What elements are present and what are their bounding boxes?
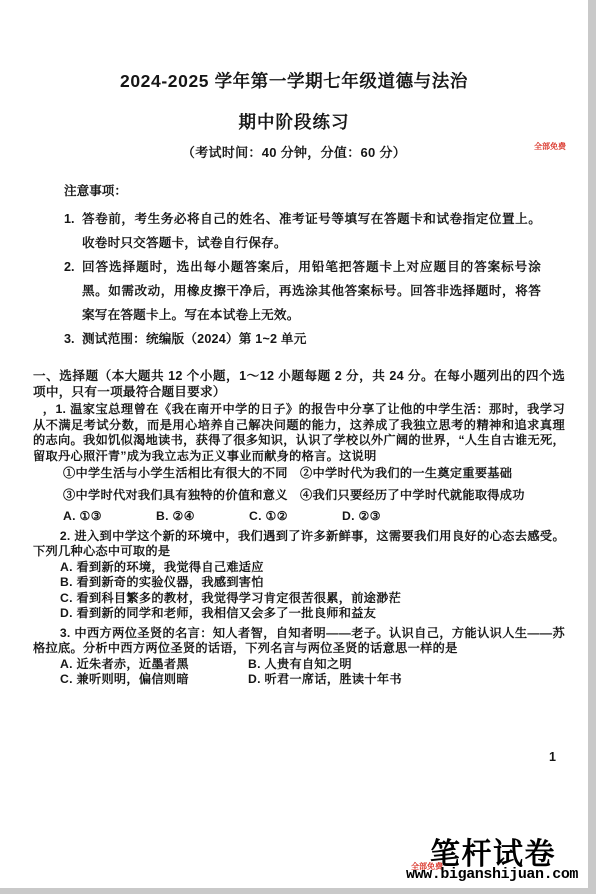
option-a: A. ①③: [63, 509, 156, 525]
notice-list: 1. 答卷前，考生务必将自己的姓名、准考证号等填写在答题卡和试卷指定位置上。收卷…: [64, 207, 541, 351]
subitem: ③中学时代对我们具有独特的价值和意义: [63, 488, 300, 504]
question-2-stem: 2. 进入到中学这个新的环境中，我们遇到了许多新鲜事，这需要我们用良好的心态去感…: [33, 529, 565, 560]
free-watermark-stamp-top: 全部免费: [531, 142, 569, 151]
question-3: 3. 中西方两位圣贤的名言：知人者智，自知者明——老子。认识自己，方能认识人生—…: [33, 626, 565, 688]
section-1-heading: 一、选择题（本大题共 12 个小题，1～12 小题每题 2 分，共 24 分。在…: [33, 369, 565, 400]
question-1-options: A. ①③ B. ②④ C. ①② D. ②③: [33, 509, 565, 525]
notice-item-text: 测试范围：统编版（2024）第 1~2 单元: [82, 327, 541, 351]
option-b: B. ②④: [156, 509, 249, 525]
questions-block: ，1. 温家宝总理曾在《我在南开中学的日子》的报告中分享了让他的中学生活：那时，…: [33, 402, 565, 692]
question-2-options: A. 看到新的环境，我觉得自己难适应 B. 看到新奇的实验仪器，我感到害怕 C.…: [33, 560, 565, 622]
option-c: C. 看到科目繁多的教材，我觉得学习肯定很苦很累，前途渺茫: [60, 591, 565, 607]
site-url: www.biganshijuan.com: [406, 866, 578, 883]
option-d: D. 看到新的同学和老师，我相信又会多了一批良师和益友: [60, 606, 565, 622]
exam-title: 2024-2025 学年第一学期七年级道德与法治: [0, 68, 588, 93]
option-b: B. 看到新奇的实验仪器，我感到害怕: [60, 575, 565, 591]
option-a: A. 近朱者赤，近墨者黑: [60, 657, 248, 673]
subitem: ④我们只要经历了中学时代就能取得成功: [300, 488, 565, 504]
notice-section: 注意事项： 1. 答卷前，考生务必将自己的姓名、准考证号等填写在答题卡和试卷指定…: [64, 180, 541, 351]
option-c: C. ①②: [249, 509, 342, 525]
exam-duration-score: （考试时间：40 分钟，分值：60 分）: [0, 142, 588, 161]
page-edge-shadow-right: [588, 0, 596, 894]
notice-heading: 注意事项：: [64, 180, 541, 199]
notice-item: 2. 回答选择题时，选出每小题答案后，用铅笔把答题卡上对应题目的答案标号涂黑。如…: [64, 255, 541, 327]
exam-paper-page: 2024-2025 学年第一学期七年级道德与法治 期中阶段练习 （考试时间：40…: [0, 0, 588, 888]
question-3-options: A. 近朱者赤，近墨者黑 B. 人贵有自知之明 C. 兼听则明，偏信则暗 D. …: [33, 657, 565, 688]
question-2: 2. 进入到中学这个新的环境中，我们遇到了许多新鲜事，这需要我们用良好的心态去感…: [33, 529, 565, 622]
notice-item: 1. 答卷前，考生务必将自己的姓名、准考证号等填写在答题卡和试卷指定位置上。收卷…: [64, 207, 541, 255]
page-number: 1: [549, 750, 556, 764]
notice-item-text: 回答选择题时，选出每小题答案后，用铅笔把答题卡上对应题目的答案标号涂黑。如需改动…: [82, 255, 541, 327]
option-d: D. 听君一席话，胜读十年书: [248, 672, 565, 688]
notice-item-number: 2.: [64, 255, 82, 327]
exam-subtitle: 期中阶段练习: [0, 109, 588, 134]
option-a: A. 看到新的环境，我觉得自己难适应: [60, 560, 565, 576]
notice-item-number: 1.: [64, 207, 82, 255]
notice-item-text: 答卷前，考生务必将自己的姓名、准考证号等填写在答题卡和试卷指定位置上。收卷时只交…: [82, 207, 541, 255]
option-c: C. 兼听则明，偏信则暗: [60, 672, 248, 688]
question-3-stem: 3. 中西方两位圣贤的名言：知人者智，自知者明——老子。认识自己，方能认识人生—…: [33, 626, 565, 657]
option-b: B. 人贵有自知之明: [248, 657, 565, 673]
option-d: D. ②③: [342, 509, 435, 525]
question-1-subitems: ①中学生活与小学生活相比有很大的不同 ②中学时代为我们的一生奠定重要基础 ③中学…: [33, 466, 565, 503]
question-1: ，1. 温家宝总理曾在《我在南开中学的日子》的报告中分享了让他的中学生活：那时，…: [33, 402, 565, 525]
question-1-stem: ，1. 温家宝总理曾在《我在南开中学的日子》的报告中分享了让他的中学生活：那时，…: [33, 402, 565, 464]
page-edge-shadow-bottom: [0, 888, 596, 894]
notice-item-number: 3.: [64, 327, 82, 351]
notice-item: 3. 测试范围：统编版（2024）第 1~2 单元: [64, 327, 541, 351]
subitem: ②中学时代为我们的一生奠定重要基础: [300, 466, 565, 482]
subitem: ①中学生活与小学生活相比有很大的不同: [63, 466, 300, 482]
